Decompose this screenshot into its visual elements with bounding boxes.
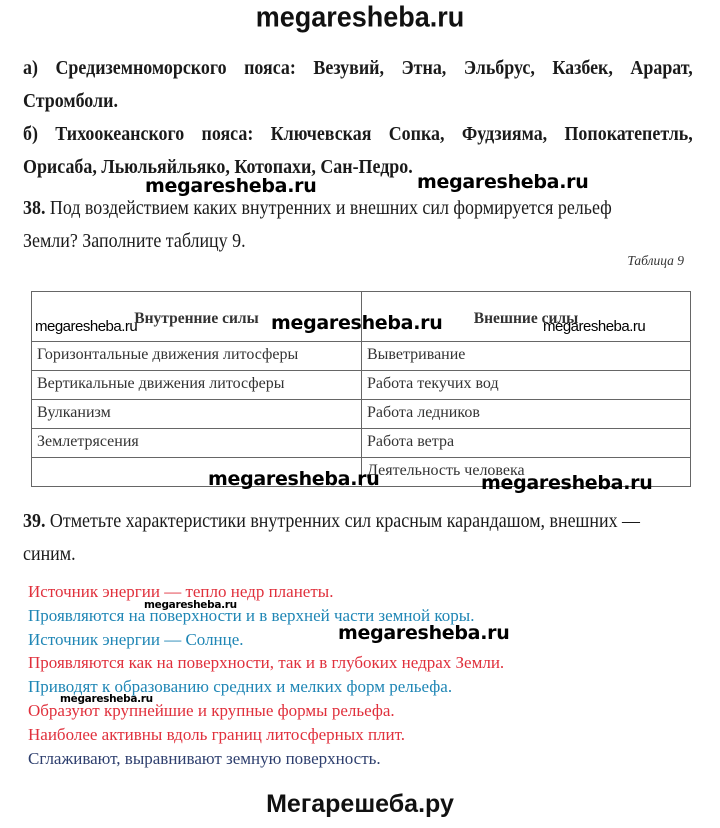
cell-internal: Вулканизм xyxy=(32,400,362,429)
table-row: Землетрясения Работа ветра xyxy=(32,429,691,458)
watermark: megaresheba.ru xyxy=(35,318,137,335)
watermark: megaresheba.ru xyxy=(271,312,442,334)
watermark: megaresheba.ru xyxy=(481,472,652,494)
characteristic-item-internal: Наиболее активны вдоль границ литосферны… xyxy=(28,723,504,747)
characteristic-item-internal: Проявляются как на поверхности, так и в … xyxy=(28,651,504,675)
question-text: Отметьте характеристики внутренних сил к… xyxy=(45,511,640,532)
table-row: Горизонтальные движения литосферы Выветр… xyxy=(32,342,691,371)
cell-external: Работа ветра xyxy=(362,429,691,458)
watermark: megaresheba.ru xyxy=(417,171,588,193)
cell-external: Работа ледников xyxy=(362,400,691,429)
watermark: megaresheba.ru xyxy=(543,318,645,335)
cell-external: Работа текучих вод xyxy=(362,371,691,400)
question-38: 38. Под воздействием каких внутренних и … xyxy=(23,192,612,258)
characteristic-item-internal: Источник энергии — тепло недр планеты. xyxy=(28,580,504,604)
question-text: Земли? Заполните таблицу 9. xyxy=(23,231,246,252)
table-row: Вертикальные движения литосферы Работа т… xyxy=(32,371,691,400)
answer-b-line-2: Орисаба, Льюльяйльяко, Котопахи, Сан-Пед… xyxy=(23,151,693,184)
watermark: megaresheba.ru xyxy=(144,599,237,611)
question-number: 38. xyxy=(23,198,45,219)
cell-internal: Землетрясения xyxy=(32,429,362,458)
question-number: 39. xyxy=(23,511,45,532)
site-footer-brand: Мегарешеба.ру xyxy=(0,790,720,819)
watermark: megaresheba.ru xyxy=(338,622,509,644)
answer-a-line-1: а) Средиземноморского пояса: Везувий, Эт… xyxy=(23,52,693,85)
cell-internal: Горизонтальные движения литосферы xyxy=(32,342,362,371)
cell-external: Выветривание xyxy=(362,342,691,371)
answer-a-line-2: Стромболи. xyxy=(23,85,693,118)
cell-internal: Вертикальные движения литосферы xyxy=(32,371,362,400)
table-row: Вулканизм Работа ледников xyxy=(32,400,691,429)
watermark: megaresheba.ru xyxy=(208,468,379,490)
question-39: 39. Отметьте характеристики внутренних с… xyxy=(23,505,640,571)
site-watermark-header: megaresheba.ru xyxy=(0,1,720,34)
answer-37: а) Средиземноморского пояса: Везувий, Эт… xyxy=(23,52,693,184)
question-text: синим. xyxy=(23,544,76,565)
watermark: megaresheba.ru xyxy=(60,693,153,705)
question-text: Под воздействием каких внутренних и внеш… xyxy=(45,198,611,219)
characteristic-item-neutral: Сглаживают, выравнивают земную поверхнос… xyxy=(28,747,504,771)
table-caption: Таблица 9 xyxy=(627,253,684,269)
answer-b-line-1: б) Тихоокеанского пояса: Ключевская Сопк… xyxy=(23,118,693,151)
characteristics-list: Источник энергии — тепло недр планеты.Пр… xyxy=(28,580,504,770)
